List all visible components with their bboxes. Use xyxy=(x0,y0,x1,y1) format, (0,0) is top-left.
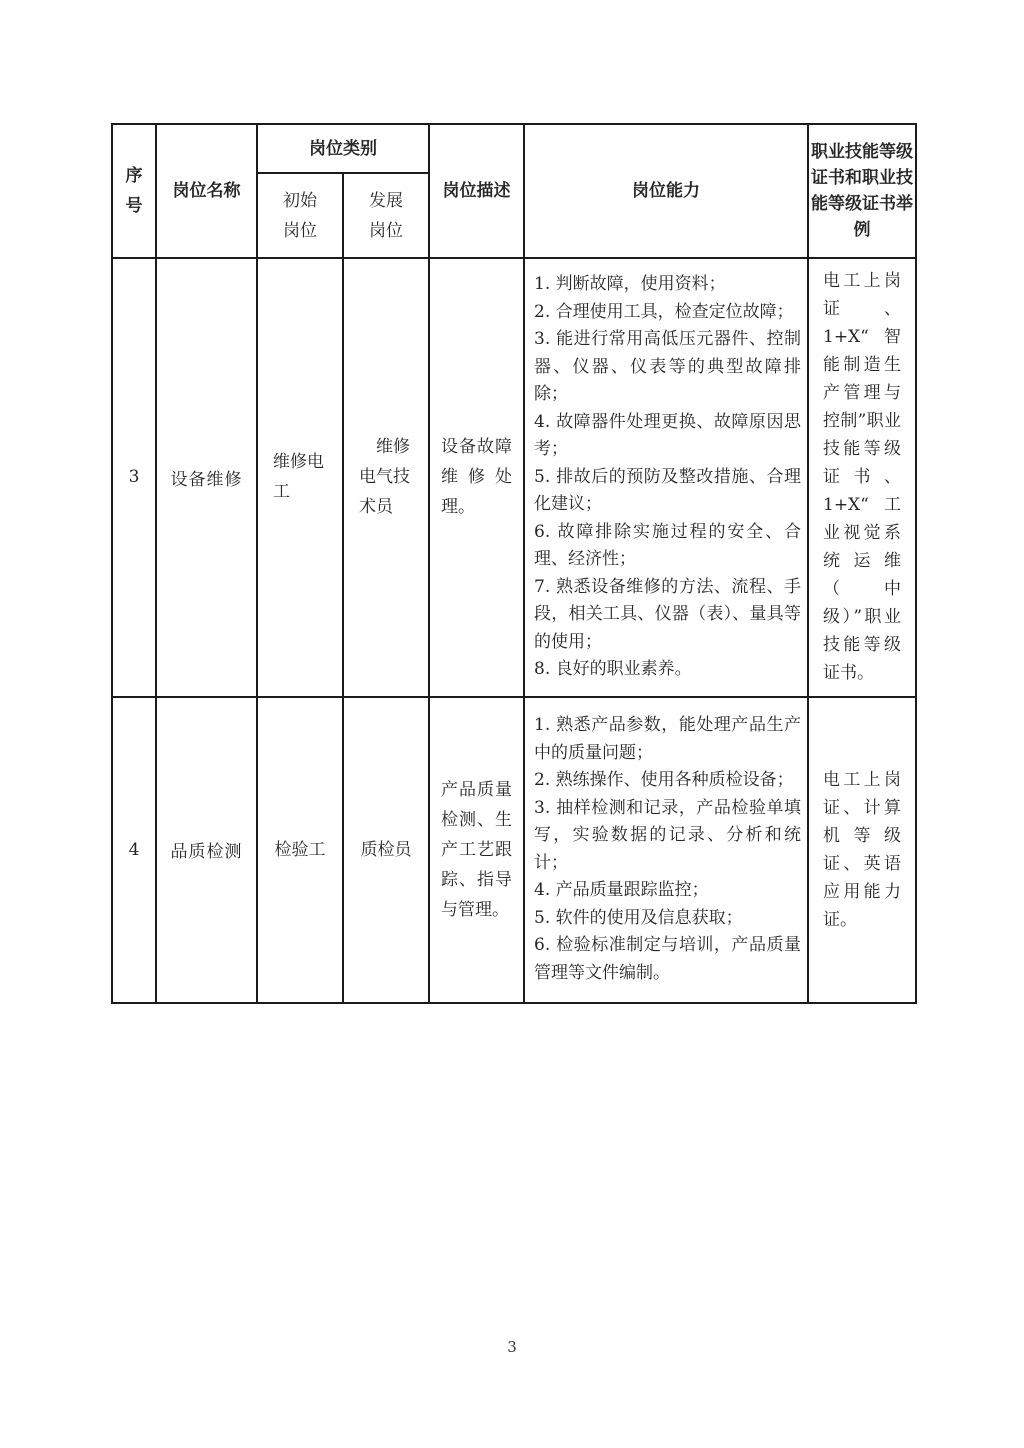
header-initial-position-label: 初始岗位 xyxy=(279,186,322,246)
development-position-value: 维修电气技术员 xyxy=(343,258,429,697)
page-number: 3 xyxy=(0,1338,1024,1356)
seq-value: 3 xyxy=(112,258,156,697)
certificates-value: 电工上岗证、1+X“智能制造生产管理与控制”职业技能等级证书、1+X“工业视觉系… xyxy=(808,258,916,697)
ability-item: 5. 软件的使用及信息获取； xyxy=(534,905,801,933)
ability-item: 1. 判断故障，使用资料； xyxy=(534,271,801,299)
header-cell-position-ability: 岗位能力 xyxy=(524,124,808,258)
development-position-value: 质检员 xyxy=(343,697,429,1003)
ability-item: 6. 检验标准制定与培训，产品质量管理等文件编制。 xyxy=(534,932,801,987)
header-position-category-label: 岗位类别 xyxy=(309,139,377,159)
ability-item: 4. 故障器件处理更换、故障原因思考； xyxy=(534,409,801,464)
header-cell-development-position: 发展岗位 xyxy=(343,173,429,258)
position-ability-list: 1. 判断故障，使用资料；2. 合理使用工具，检查定位故障；3. 能进行常用高低… xyxy=(524,258,808,697)
table-row: 3 设备维修 维修电工 维修电气技术员 设备故障维修处理。 1. 判断故障，使用… xyxy=(112,258,916,697)
position-name-value: 设备维修 xyxy=(156,258,257,697)
header-row-1: 序号 岗位名称 岗位类别 岗位描述 岗位能力 职业技能等级证书和职业技能等级证书… xyxy=(112,124,916,173)
development-position-text: 质检员 xyxy=(361,835,412,865)
ability-item: 7. 熟悉设备维修的方法、流程、手段，相关工具、仪器（表）、量具等的使用； xyxy=(534,574,801,657)
header-cell-position-name: 岗位名称 xyxy=(156,124,257,258)
ability-item: 4. 产品质量跟踪监控； xyxy=(534,877,801,905)
header-cell-position-category: 岗位类别 xyxy=(257,124,429,173)
certificates-value: 电工上岗证、计算机等级证、英语应用能力证。 xyxy=(808,697,916,1003)
position-table: 序号 岗位名称 岗位类别 岗位描述 岗位能力 职业技能等级证书和职业技能等级证书… xyxy=(111,123,917,1004)
position-description-value: 设备故障维修处理。 xyxy=(429,258,524,697)
header-position-description-label: 岗位描述 xyxy=(443,181,511,201)
ability-item: 1. 熟悉产品参数，能处理产品生产中的质量问题； xyxy=(534,712,801,767)
position-ability-list: 1. 熟悉产品参数，能处理产品生产中的质量问题；2. 熟练操作、使用各种质检设备… xyxy=(524,697,808,1003)
table-row: 4 品质检测 检验工 质检员 产品质量检测、生产工艺跟踪、指导与管理。 1. 熟… xyxy=(112,697,916,1003)
ability-item: 8. 良好的职业素养。 xyxy=(534,656,801,684)
initial-position-text: 检验工 xyxy=(275,835,326,865)
development-position-text: 维修电气技术员 xyxy=(359,432,413,522)
ability-item: 5. 排故后的预防及整改措施、合理化建议； xyxy=(534,464,801,519)
ability-item: 3. 能进行常用高低压元器件、控制器、仪器、仪表等的典型故障排除； xyxy=(534,326,801,409)
header-position-ability-label: 岗位能力 xyxy=(632,181,700,201)
position-name-value: 品质检测 xyxy=(156,697,257,1003)
ability-item: 6. 故障排除实施过程的安全、合理、经济性； xyxy=(534,519,801,574)
header-seq-label: 序号 xyxy=(124,161,144,221)
header-cell-initial-position: 初始岗位 xyxy=(257,173,343,258)
header-certificate-examples-label: 职业技能等级证书和职业技能等级证书举例 xyxy=(811,142,913,240)
initial-position-value: 维修电工 xyxy=(257,258,343,697)
ability-item: 2. 熟练操作、使用各种质检设备； xyxy=(534,767,801,795)
seq-value: 4 xyxy=(112,697,156,1003)
ability-item: 3. 抽样检测和记录，产品检验单填写，实验数据的记录、分析和统计； xyxy=(534,795,801,878)
header-cell-certificate-examples: 职业技能等级证书和职业技能等级证书举例 xyxy=(808,124,916,258)
header-development-position-label: 发展岗位 xyxy=(365,186,408,246)
header-cell-seq: 序号 xyxy=(112,124,156,258)
header-cell-position-description: 岗位描述 xyxy=(429,124,524,258)
document-page: 序号 岗位名称 岗位类别 岗位描述 岗位能力 职业技能等级证书和职业技能等级证书… xyxy=(0,0,1024,1448)
header-position-name-label: 岗位名称 xyxy=(173,181,241,201)
ability-item: 2. 合理使用工具，检查定位故障； xyxy=(534,299,801,327)
initial-position-value: 检验工 xyxy=(257,697,343,1003)
position-description-value: 产品质量检测、生产工艺跟踪、指导与管理。 xyxy=(429,697,524,1003)
initial-position-text: 维修电工 xyxy=(273,447,327,507)
